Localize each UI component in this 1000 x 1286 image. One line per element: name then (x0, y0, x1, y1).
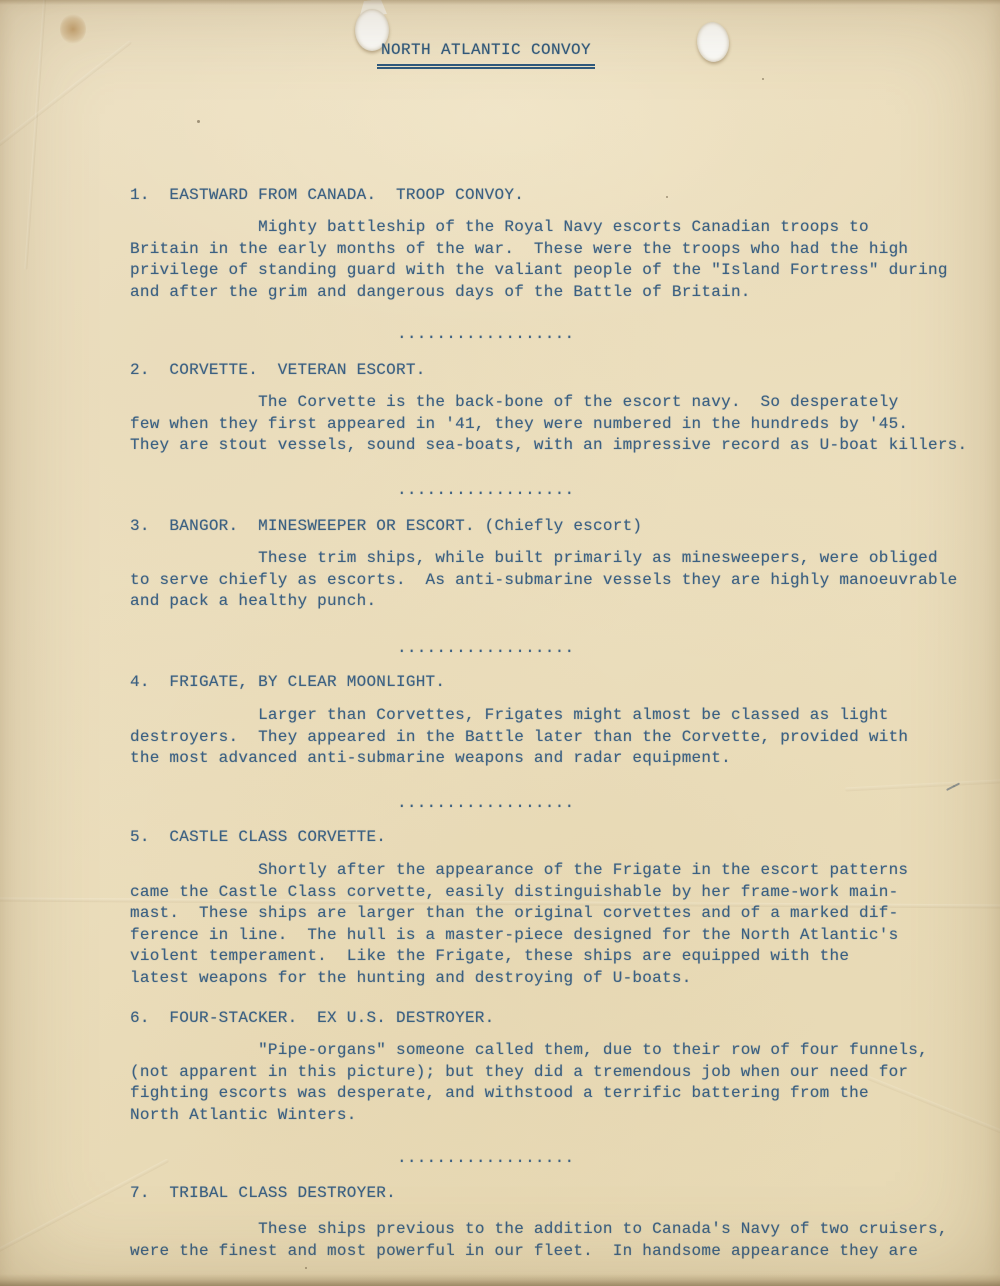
pencil-check-mark (953, 782, 960, 787)
dotted-separator: .................. (397, 793, 574, 815)
section-1-body: Mighty battleship of the Royal Navy esco… (130, 217, 990, 303)
section-5-body: Shortly after the appearance of the Frig… (130, 860, 990, 989)
dotted-separator: .................. (397, 1148, 574, 1170)
ink-speck (305, 1267, 307, 1269)
document-title: NORTH ATLANTIC CONVOY (377, 40, 595, 69)
section-3-body: These trim ships, while built primarily … (130, 548, 990, 613)
section-2-heading: 2. CORVETTE. VETERAN ESCORT. (130, 360, 990, 382)
section-3-heading: 3. BANGOR. MINESWEEPER OR ESCORT. (Chief… (130, 516, 990, 538)
ink-speck (197, 120, 200, 123)
section-7-body: These ships previous to the addition to … (130, 1219, 990, 1262)
section-6-body: "Pipe-organs" someone called them, due t… (130, 1040, 990, 1126)
crease-top-left (0, 40, 132, 154)
section-7-heading: 7. TRIBAL CLASS DESTROYER. (130, 1183, 990, 1205)
paper-edge-top (0, 0, 1000, 5)
section-6-heading: 6. FOUR-STACKER. EX U.S. DESTROYER. (130, 1008, 990, 1030)
crease-left-vertical (24, 0, 47, 270)
dotted-separator: .................. (397, 324, 574, 346)
section-5-heading: 5. CASTLE CLASS CORVETTE. (130, 827, 990, 849)
document-page: NORTH ATLANTIC CONVOY 1. EASTWARD FROM C… (0, 0, 1000, 1286)
punch-hole-right (695, 20, 731, 63)
section-4-heading: 4. FRIGATE, BY CLEAR MOONLIGHT. (130, 672, 990, 694)
rust-stain (60, 14, 86, 44)
section-4-body: Larger than Corvettes, Frigates might al… (130, 705, 990, 770)
paper-edge-bottom (0, 1274, 1000, 1286)
section-1-heading: 1. EASTWARD FROM CANADA. TROOP CONVOY. (130, 185, 990, 207)
crease-right (845, 779, 1000, 792)
ink-speck (762, 78, 764, 80)
section-2-body: The Corvette is the back-bone of the esc… (130, 392, 990, 457)
dotted-separator: .................. (397, 638, 574, 660)
dotted-separator: .................. (397, 480, 574, 502)
